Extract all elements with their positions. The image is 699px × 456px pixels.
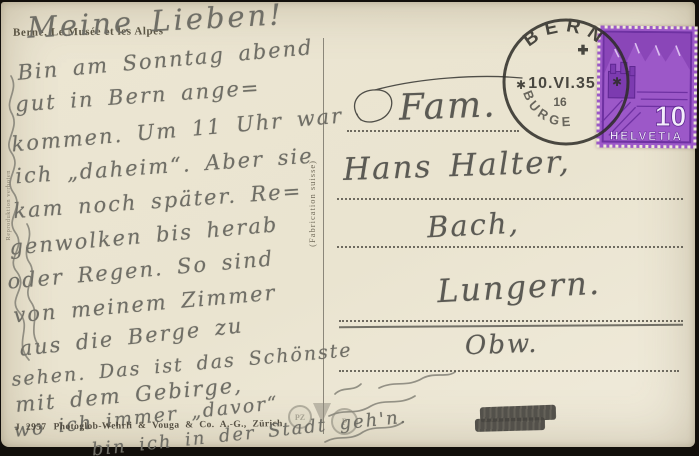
stamp-value: 10 bbox=[655, 101, 687, 133]
hand-underline bbox=[339, 324, 683, 328]
address-recipient-fam: Fam. bbox=[398, 84, 497, 128]
address-ruled-line bbox=[337, 246, 683, 248]
address-street: Bach, bbox=[426, 206, 520, 245]
center-divider-line bbox=[323, 38, 324, 434]
address-ruled-line bbox=[339, 320, 683, 322]
postmark-date: 10.VI.35 bbox=[528, 75, 596, 92]
postmark-time: 16 bbox=[553, 95, 567, 109]
reproduction-imprint: Reproduktion verboten bbox=[5, 170, 12, 241]
bottom-handwriting-scrawl bbox=[319, 364, 459, 449]
star-icon: ✱ bbox=[612, 75, 622, 89]
address-ruled-line bbox=[339, 370, 679, 372]
address-canton: Obw. bbox=[464, 329, 538, 362]
redaction-scribble bbox=[475, 417, 545, 432]
publisher-number: J 2957 bbox=[15, 422, 47, 432]
postmark: BERN BURGE 10.VI.35 16 ✱ ✱ bbox=[496, 12, 636, 152]
swiss-cross-icon bbox=[578, 45, 588, 55]
address-ruled-line bbox=[337, 198, 683, 200]
address-ruled-line bbox=[347, 130, 519, 132]
postcard-back: Berne. Le Musée et les Alpes Meine Liebe… bbox=[1, 2, 695, 447]
fabrication-imprint: (Fabrication suisse) bbox=[307, 160, 317, 247]
star-icon: ✱ bbox=[516, 78, 526, 92]
address-town: Lungern. bbox=[436, 264, 602, 311]
salutation: Meine Lieben! bbox=[26, 0, 284, 45]
postcard-scan: Berne. Le Musée et les Alpes Meine Liebe… bbox=[0, 0, 699, 456]
